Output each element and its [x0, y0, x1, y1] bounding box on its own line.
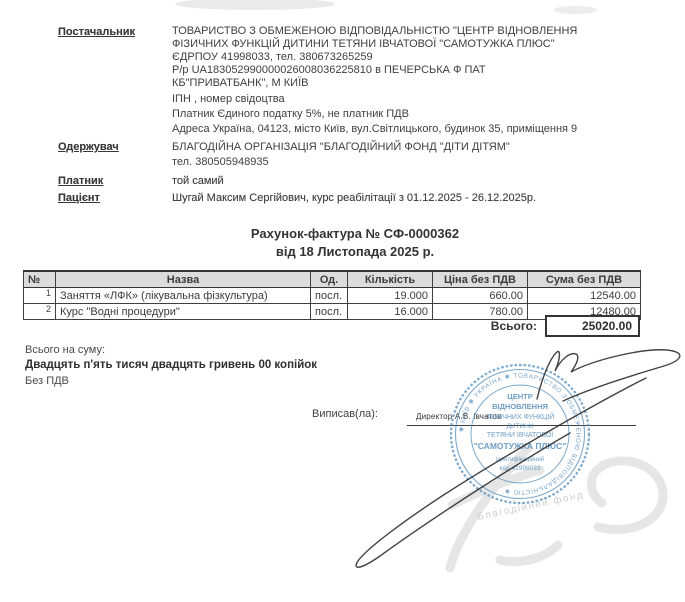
col-header-name: Назва: [56, 271, 311, 288]
row-number: 1: [24, 288, 56, 304]
stamp-ring-text: ✱ КИЇВ ✱ УКРАЇНА ✱ ТОВАРИСТВО З ОБМЕЖЕНО…: [458, 372, 581, 495]
supplier-line: КБ"ПРИВАТБАНК", М КИЇВ: [172, 77, 577, 90]
total-label: Всього:: [380, 319, 537, 333]
invoice-title: Рахунок-фактура № СФ-0000362 від 18 Лист…: [30, 226, 680, 259]
col-header-price: Ціна без ПДВ: [433, 271, 528, 288]
watermark-text: Благодійний фонд: [476, 489, 585, 523]
item-price: 780.00: [433, 304, 528, 320]
supplier-line: Р/р UA183052990000026008036225810 в ПЕЧЕ…: [172, 64, 577, 77]
items-table: № Назва Од. Кількість Ціна без ПДВ Сума …: [23, 270, 641, 320]
stamp-line: ідентифікаційний: [496, 456, 544, 463]
supplier-line: Платник Єдиного податку 5%, не платник П…: [172, 108, 577, 121]
item-name: Заняття «ЛФК» (лікувальна фізкультура): [56, 288, 311, 304]
supplier-line: Адреса Україна, 04123, місто Київ, вул.С…: [172, 123, 577, 136]
item-qty: 16.000: [348, 304, 433, 320]
patient-label: Пацієнт: [58, 192, 100, 204]
invoice-document: Постачальник Одержувач Платник Пацієнт Т…: [0, 0, 685, 602]
amount-caption: Всього на суму:: [25, 344, 105, 356]
payer-value: той самий: [172, 175, 224, 187]
issued-by-label: Виписав(ла):: [312, 408, 378, 420]
row-number: 2: [24, 304, 56, 320]
stamp-line: ВІДНОВЛЕННЯ: [492, 402, 548, 411]
signer-name: Директор А.В. Івчатов: [416, 412, 501, 421]
total-value: 25020.00: [545, 315, 640, 337]
stamp-line: код 41998033: [500, 465, 541, 472]
company-stamp: ✱ КИЇВ ✱ УКРАЇНА ✱ ТОВАРИСТВО З ОБМЕЖЕНО…: [451, 365, 589, 503]
payer-label: Платник: [58, 175, 103, 187]
vat-note: Без ПДВ: [25, 375, 69, 387]
invoice-date: від 18 Листопада 2025 р.: [30, 244, 680, 259]
supplier-details: ТОВАРИСТВО З ОБМЕЖЕНОЮ ВІДПОВІДАЛЬНІСТЮ …: [172, 25, 577, 136]
supplier-line: ТОВАРИСТВО З ОБМЕЖЕНОЮ ВІДПОВІДАЛЬНІСТЮ …: [172, 25, 577, 38]
stamp-line: ТЕТЯНИ ІВЧАТОВОЇ: [487, 431, 554, 439]
recipient-line: тел. 380505948935: [172, 155, 510, 170]
supplier-label: Постачальник: [58, 26, 135, 38]
svg-text:✱ КИЇВ ✱ УКРАЇНА ✱ ТОВАРИСТВО: ✱ КИЇВ ✱ УКРАЇНА ✱ ТОВАРИСТВО З ОБМЕЖЕНО…: [458, 372, 581, 495]
col-header-qty: Кількість: [348, 271, 433, 288]
col-header-sum: Сума без ПДВ: [528, 271, 641, 288]
item-unit: посл.: [311, 288, 348, 304]
item-name: Курс "Водні процедури": [56, 304, 311, 320]
patient-value: Шугай Максим Сергійович, курс реабілітац…: [172, 192, 536, 204]
watermark-ghost: [450, 448, 663, 568]
scan-artifacts: [175, 0, 597, 14]
table-row: 1 Заняття «ЛФК» (лікувальна фізкультура)…: [24, 288, 641, 304]
stamp-line: "САМОТУЖКА ПЛЮС": [474, 441, 567, 451]
col-header-unit: Од.: [311, 271, 348, 288]
item-price: 660.00: [433, 288, 528, 304]
invoice-number: Рахунок-фактура № СФ-0000362: [30, 226, 680, 241]
table-header-row: № Назва Од. Кількість Ціна без ПДВ Сума …: [24, 271, 641, 288]
recipient-details: БЛАГОДІЙНА ОРГАНІЗАЦІЯ "БЛАГОДІЙНИЙ ФОНД…: [172, 140, 510, 170]
handwritten-signature: [356, 350, 680, 567]
item-unit: посл.: [311, 304, 348, 320]
amount-in-words: Двадцять п'ять тисяч двадцять гривень 00…: [25, 359, 317, 371]
supplier-line: ІПН , номер свідоцтва: [172, 93, 577, 106]
recipient-line: БЛАГОДІЙНА ОРГАНІЗАЦІЯ "БЛАГОДІЙНИЙ ФОНД…: [172, 140, 510, 155]
col-header-number: №: [24, 271, 56, 288]
supplier-line: ЄДРПОУ 41998033, тел. 380673265259: [172, 51, 577, 64]
stamp-line: ЦЕНТР: [507, 392, 532, 401]
recipient-label: Одержувач: [58, 141, 119, 153]
item-qty: 19.000: [348, 288, 433, 304]
item-sum: 12540.00: [528, 288, 641, 304]
supplier-line: ФІЗИЧНИХ ФУНКЦІЙ ДИТИНИ ТЕТЯНИ ІВЧАТОВОЇ…: [172, 38, 577, 51]
